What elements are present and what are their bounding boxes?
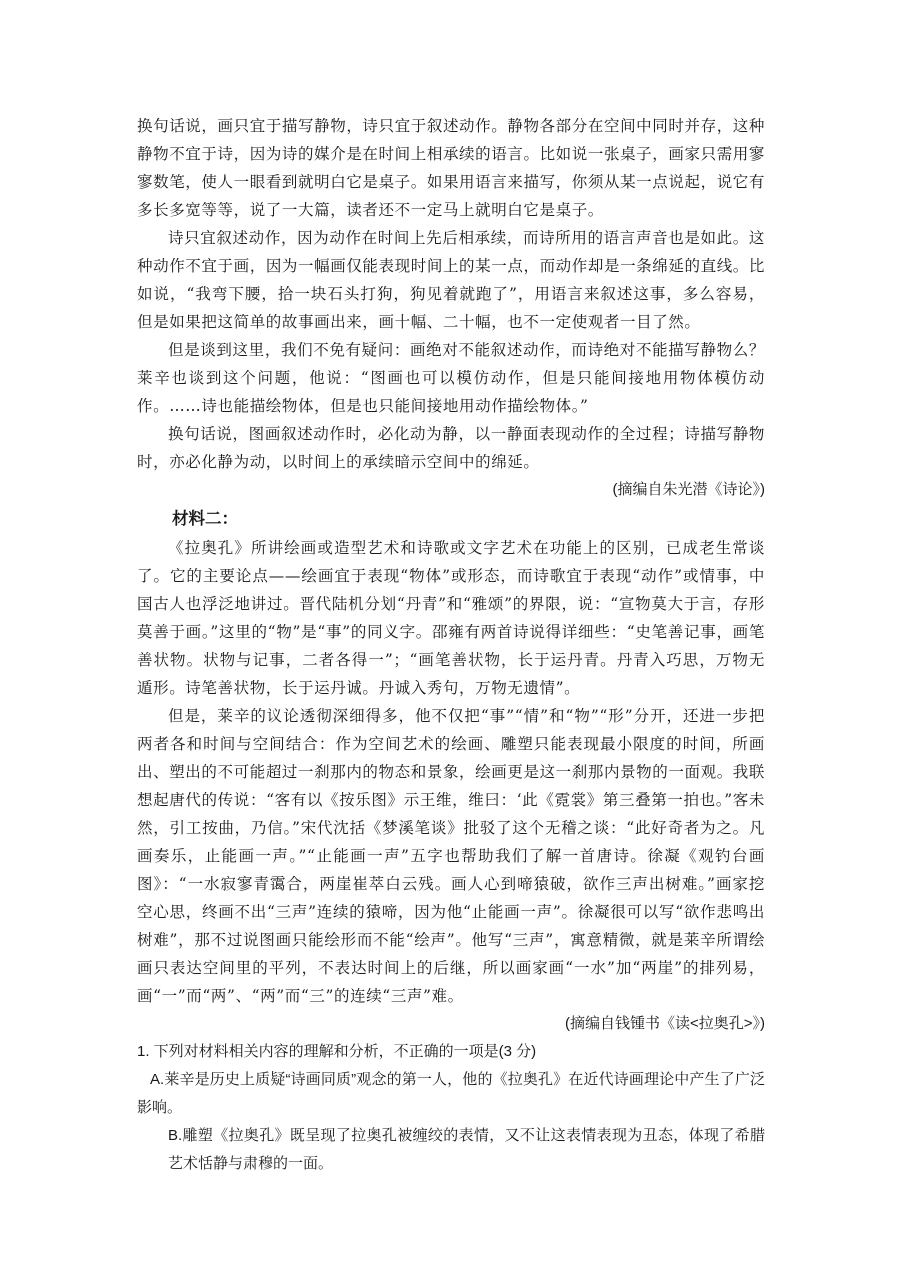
option-a-text: 莱辛是历史上质疑“诗画同质”观念的第一人，他的《拉奥孔》在近代诗画理论中产生了广… <box>137 1071 765 1116</box>
material-two-paragraph-1: 《拉奥孔》所讲绘画或造型艺术和诗歌或文字艺术在功能上的区别，已成老生常谈了。它的… <box>137 534 765 702</box>
material-one-paragraph-1: 换句话说，画只宜于描写静物，诗只宜于叙述动作。静物各部分在空间中同时并存，这种静… <box>137 112 765 224</box>
material-two-paragraph-2: 但是，莱辛的议论透彻深细得多，他不仅把“事”“情”和“物”“形”分开，还进一步把… <box>137 702 765 1010</box>
option-b: B.雕塑《拉奥孔》既呈现了拉奥孔被缠绞的表情，又不让这表情表现为丑态，体现了希腊… <box>137 1122 765 1178</box>
option-a: A.莱辛是历史上质疑“诗画同质”观念的第一人，他的《拉奥孔》在近代诗画理论中产生… <box>137 1066 765 1122</box>
material-one-paragraph-4: 换句话说，图画叙述动作时，必化动为静，以一静面表现动作的全过程；诗描写静物时，亦… <box>137 420 765 476</box>
option-b-label: B. <box>168 1127 182 1144</box>
material-one-paragraph-3: 但是谈到这里，我们不免有疑问：画绝对不能叙述动作，而诗绝对不能描写静物么？莱辛也… <box>137 336 765 420</box>
question-stem: 1. 下列对材料相关内容的理解和分析，不正确的一项是(3 分) <box>137 1038 765 1066</box>
material-two-heading: 材料二： <box>137 504 765 534</box>
question-1: 1. 下列对材料相关内容的理解和分析，不正确的一项是(3 分) A.莱辛是历史上… <box>137 1038 765 1178</box>
material-two: 材料二： 《拉奥孔》所讲绘画或造型艺术和诗歌或文字艺术在功能上的区别，已成老生常… <box>137 504 765 1038</box>
option-a-label: A. <box>150 1071 164 1088</box>
material-one-source: (摘编自朱光潜《诗论》) <box>137 476 765 504</box>
option-b-text: 雕塑《拉奥孔》既呈现了拉奥孔被缠绞的表情，又不让这表情表现为丑态，体现了希腊艺术… <box>168 1127 765 1172</box>
material-two-source: (摘编自钱锺书《读<拉奥孔>》) <box>137 1010 765 1038</box>
material-one-paragraph-2: 诗只宜叙述动作，因为动作在时间上先后相承续，而诗所用的语言声音也是如此。这种动作… <box>137 224 765 336</box>
exam-page: 换句话说，画只宜于描写静物，诗只宜于叙述动作。静物各部分在空间中同时并存，这种静… <box>137 112 765 1178</box>
material-one: 换句话说，画只宜于描写静物，诗只宜于叙述动作。静物各部分在空间中同时并存，这种静… <box>137 112 765 504</box>
